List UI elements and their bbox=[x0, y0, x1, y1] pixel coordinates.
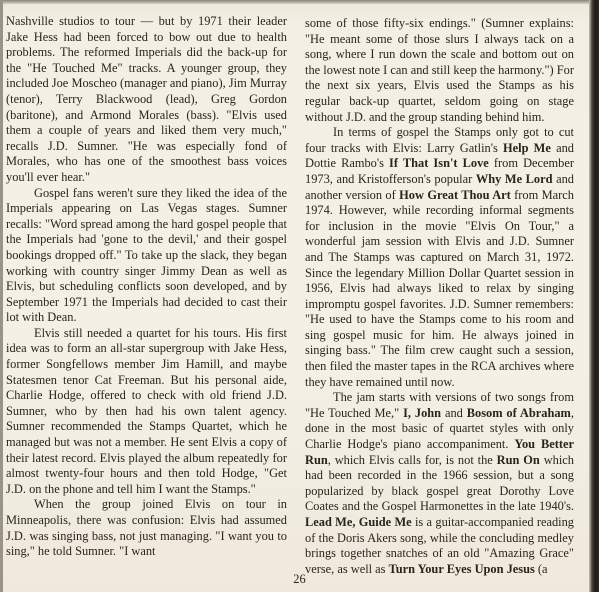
paragraph: Elvis still needed a quartet for his tou… bbox=[6, 326, 287, 498]
paragraph: Nashville studios to tour — but by 1971 … bbox=[6, 14, 287, 186]
page-left-edge bbox=[0, 0, 3, 592]
book-spine-shadow bbox=[589, 0, 599, 592]
page-number: 26 bbox=[0, 572, 599, 587]
song-title: How Great Thou Art bbox=[399, 188, 511, 202]
song-title: I, John bbox=[403, 406, 441, 420]
text-run: from March 1974. However, while recordin… bbox=[305, 188, 574, 389]
right-text-column: some of those fifty-six endings." (Sumne… bbox=[305, 16, 574, 577]
paragraph: some of those fifty-six endings." (Sumne… bbox=[305, 16, 574, 125]
song-title: If That Isn't Love bbox=[389, 156, 489, 170]
paragraph: When the group joined Elvis on tour in M… bbox=[6, 497, 287, 559]
booklet-page: Nashville studios to tour — but by 1971 … bbox=[0, 0, 599, 592]
song-title: Help Me bbox=[503, 141, 551, 155]
song-title: Lead Me, Guide Me bbox=[305, 515, 412, 529]
paragraph: Gospel fans weren't sure they liked the … bbox=[6, 186, 287, 326]
song-title: Why Me Lord bbox=[476, 172, 553, 186]
paragraph: In terms of gospel the Stamps only got t… bbox=[305, 125, 574, 390]
text-run: , which Elvis calls for, is not the bbox=[328, 453, 497, 467]
page-top-edge bbox=[0, 0, 599, 4]
text-run: and bbox=[441, 406, 467, 420]
left-text-column: Nashville studios to tour — but by 1971 … bbox=[6, 14, 287, 560]
song-title: Run On bbox=[497, 453, 540, 467]
song-title: Bosom of Abraham bbox=[467, 406, 571, 420]
paragraph: The jam starts with versions of two song… bbox=[305, 390, 574, 577]
